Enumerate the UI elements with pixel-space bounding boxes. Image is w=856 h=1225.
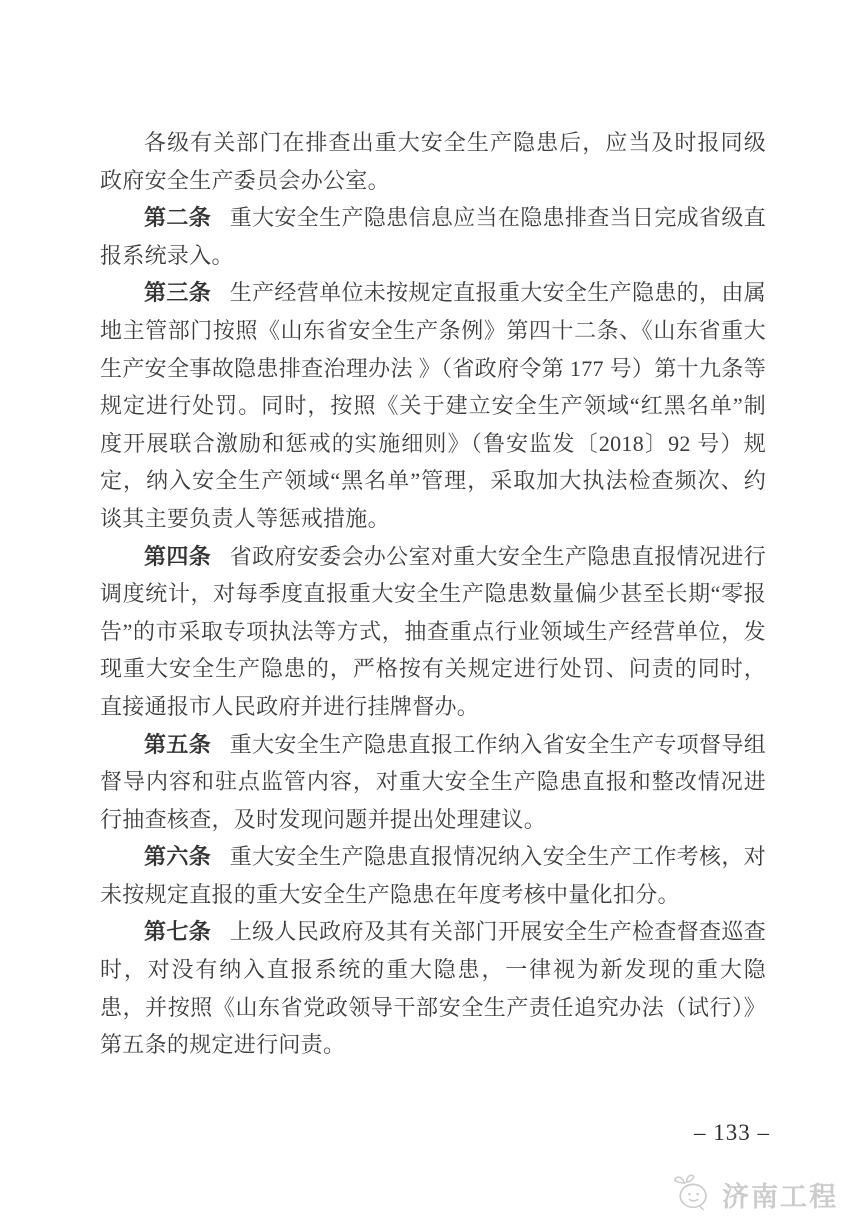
paragraph-text: 各级有关部门在排查出重大安全生产隐患后，应当及时报同级政府安全生产委员会办公室。 xyxy=(100,130,766,193)
article-number: 第七条 xyxy=(144,919,211,944)
article-number: 第四条 xyxy=(144,544,211,569)
scanned-document-page: 各级有关部门在排查出重大安全生产隐患后，应当及时报同级政府安全生产委员会办公室。… xyxy=(0,0,856,1225)
paragraph: 第四条省政府安委会办公室对重大安全生产隐患直报情况进行调度统计，对每季度直报重大… xyxy=(100,538,766,726)
paragraph: 第六条重大安全生产隐患直报情况纳入安全生产工作考核，对未按规定直报的重大安全生产… xyxy=(100,838,766,913)
paragraph: 第三条生产经营单位未按规定直报重大安全生产隐患的，由属地主管部门按照《山东省安全… xyxy=(100,274,766,537)
paragraph-text: 生产经营单位未按规定直报重大安全生产隐患的，由属地主管部门按照《山东省安全生产条… xyxy=(100,280,766,531)
paragraph: 各级有关部门在排查出重大安全生产隐患后，应当及时报同级政府安全生产委员会办公室。 xyxy=(100,124,766,199)
article-number: 第三条 xyxy=(144,280,211,305)
paragraph: 第五条重大安全生产隐患直报工作纳入省安全生产专项督导组督导内容和驻点监管内容，对… xyxy=(100,726,766,839)
paragraph-text: 省政府安委会办公室对重大安全生产隐患直报情况进行调度统计，对每季度直报重大安全生… xyxy=(100,544,766,719)
document-body: 各级有关部门在排查出重大安全生产隐患后，应当及时报同级政府安全生产委员会办公室。… xyxy=(100,124,766,1064)
article-number: 第六条 xyxy=(144,844,211,869)
page-number: – 133 – xyxy=(694,1120,770,1146)
paragraph: 第七条上级人民政府及其有关部门开展安全生产检查督查巡查时，对没有纳入直报系统的重… xyxy=(100,913,766,1063)
mascot-face-icon xyxy=(672,1172,716,1216)
watermark: 济南工程 xyxy=(672,1172,838,1216)
watermark-text: 济南工程 xyxy=(722,1175,838,1214)
article-number: 第二条 xyxy=(144,205,211,230)
paragraph: 第二条重大安全生产隐患信息应当在隐患排查当日完成省级直报系统录入。 xyxy=(100,199,766,274)
article-number: 第五条 xyxy=(144,732,211,757)
